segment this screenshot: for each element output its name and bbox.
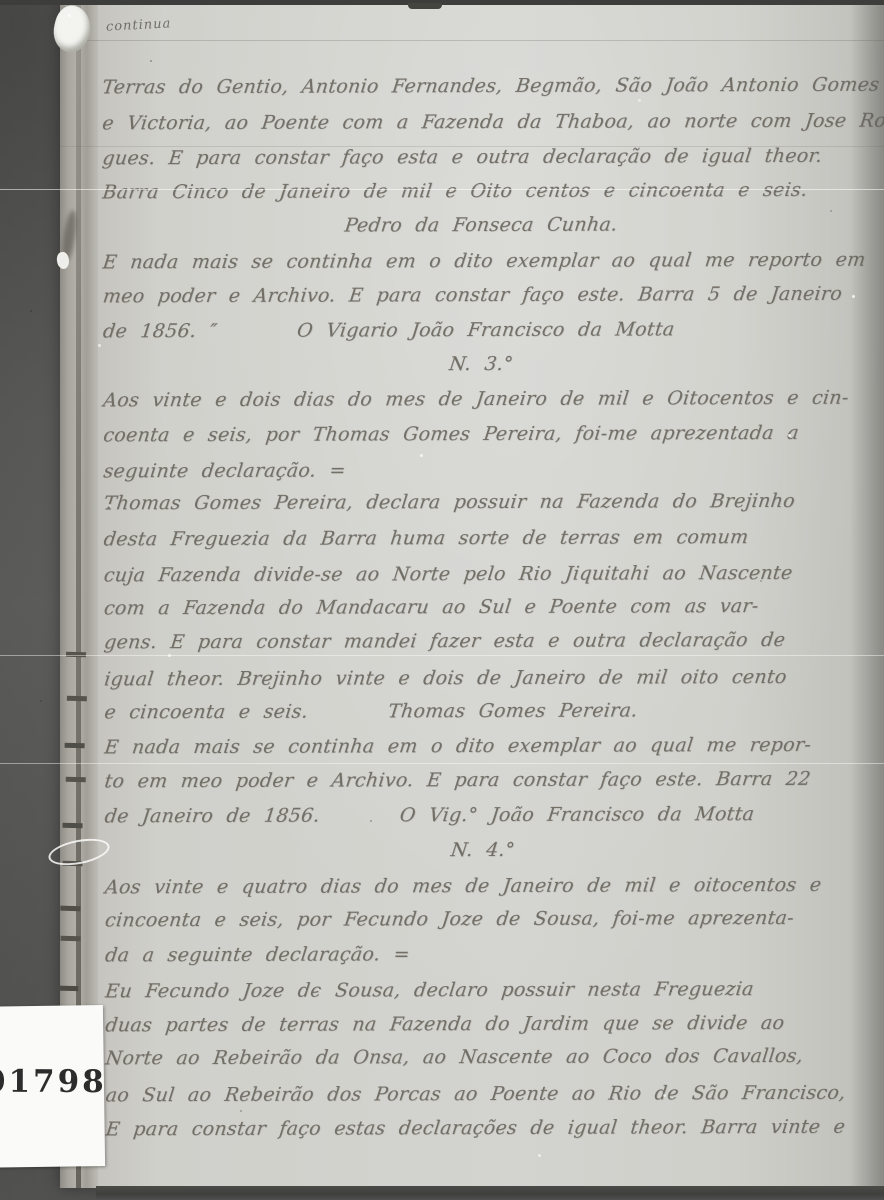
manuscript-line-text: de 1856. ″ O Vigario João Francisco da M… (101, 312, 677, 349)
manuscript-line-text: duas partes de terras na Fazenda do Jard… (103, 1006, 786, 1043)
manuscript-line-text: seguinte declaração. = (101, 453, 347, 489)
manuscript-line-text: de Janeiro de 1856. O Vig.° João Francis… (103, 797, 757, 834)
manuscript-line-text: E nada mais se continha em o dito exempl… (102, 728, 813, 765)
manuscript-line: cuja Fazenda divide-se ao Norte pelo Rio… (104, 555, 860, 592)
page-stamp-label: 01798 (0, 1005, 105, 1168)
manuscript-line: e cincoenta e seis. Thomas Gomes Pereira… (104, 693, 860, 730)
scratch-line (0, 189, 884, 190)
manuscript-line-text: Barra Cinco de Janeiro de mil e Oito cen… (100, 173, 809, 210)
manuscript-line-text: desta Freguezia da Barra huma sorte de t… (102, 520, 751, 557)
manuscript-line: seguinte declaração. = (103, 451, 859, 488)
manuscript-line-text: cincoenta e seis, por Fecundo Joze de So… (103, 900, 796, 937)
page-edge-notch (408, 3, 442, 9)
manuscript-line: de 1856. ″ O Vigario João Francisco da M… (103, 311, 859, 348)
manuscript-line-text: da a seguinte declaração. = (103, 937, 412, 973)
manuscript-line-text: to em meo poder e Archivo. E para consta… (103, 762, 813, 799)
corner-annotation: continua (106, 16, 172, 34)
manuscript-line: meo poder e Archivo. E para constar faço… (103, 277, 859, 314)
manuscript-line: N. 3.° (103, 345, 859, 382)
manuscript-line: de Janeiro de 1856. O Vig.° João Francis… (105, 797, 861, 834)
manuscript-line: Norte ao Rebeirão da Onsa, ao Nascente a… (106, 1039, 862, 1076)
manuscript-line: Aos vinte e quatro dias do mes de Janeir… (105, 867, 861, 904)
manuscript-line-text: Terras do Gentio, Antonio Fernandes, Beg… (100, 68, 881, 105)
manuscript-line: E nada mais se continha em o dito exempl… (104, 728, 860, 765)
page-edge-shadow-right (850, 4, 884, 1188)
manuscript-line-text: Aos vinte e dois dias do mes de Janeiro … (101, 381, 850, 418)
manuscript-line-text: ao Sul ao Rebeirão dos Porcas ao Poente … (104, 1076, 848, 1113)
scratch-line (0, 763, 884, 764)
manuscript-line: ao Sul ao Rebeirão dos Porcas ao Poente … (106, 1076, 862, 1113)
paper-crease (60, 40, 884, 41)
manuscript-line: desta Freguezia da Barra huma sorte de t… (104, 520, 860, 557)
manuscript-line-text: com a Fazenda do Mandacaru ao Sul e Poen… (102, 589, 761, 626)
manuscript-line-text: Aos vinte e quatro dias do mes de Janeir… (103, 868, 823, 905)
manuscript-line-text: N. 3.° (447, 346, 515, 381)
manuscript-line: cincoenta e seis, por Fecundo Joze de So… (105, 900, 861, 937)
manuscript-line: e Victoria, ao Poente com a Fazenda da T… (102, 103, 858, 140)
manuscript-line: Pedro da Fonseca Cunha. (103, 206, 859, 243)
manuscript-line: Barra Cinco de Janeiro de mil e Oito cen… (102, 173, 858, 210)
manuscript-line: Eu Fecundo Joze de Sousa, declaro possui… (105, 972, 861, 1009)
manuscript-line: E nada mais se continha em o dito exempl… (103, 243, 859, 280)
manuscript-line-text: E nada mais se continha em o dito exempl… (101, 243, 868, 280)
manuscript-line: coenta e seis, por Thomas Gomes Pereira,… (103, 416, 859, 453)
scratch-line (0, 655, 884, 656)
manuscript-line-text: igual theor. Brejinho vinte e dois de Ja… (102, 660, 789, 697)
manuscript-line: da a seguinte declaração. = (105, 936, 861, 973)
manuscript-line-text: meo poder e Archivo. E para constar faço… (101, 277, 844, 314)
manuscript-line-text: coenta e seis, por Thomas Gomes Pereira,… (101, 416, 801, 453)
paper-crease (60, 146, 884, 147)
manuscript-line: igual theor. Brejinho vinte e dois de Ja… (104, 659, 860, 696)
manuscript-line-text: Thomas Gomes Pereira, declara possuir na… (102, 484, 797, 521)
manuscript-line: N. 4.° (105, 832, 861, 869)
catalog-number-stamp: 01798 (0, 1064, 107, 1100)
manuscript-line-text: Eu Fecundo Joze de Sousa, declaro possui… (103, 972, 756, 1009)
manuscript-line: to em meo poder e Archivo. E para consta… (105, 761, 861, 798)
dust-specks (150, 60, 152, 62)
manuscript-line-text: gues. E para constar faço esta e outra d… (100, 139, 824, 176)
manuscript-line: gues. E para constar faço esta e outra d… (102, 139, 858, 176)
manuscript-line-text: E para constar faço estas declarações de… (104, 1109, 847, 1146)
manuscript-line: Aos vinte e dois dias do mes de Janeiro … (103, 381, 859, 418)
manuscript-line-text: N. 4.° (449, 833, 517, 868)
manuscript-line-text: e cincoenta e seis. Thomas Gomes Pereira… (102, 694, 639, 731)
dust-specks (68, 14, 71, 17)
manuscript-line-text: e Victoria, ao Poente com a Fazenda da T… (100, 103, 884, 141)
manuscript-text: Terras do Gentio, Antonio Fernandes, Beg… (102, 69, 862, 1147)
manuscript-line: Terras do Gentio, Antonio Fernandes, Beg… (102, 68, 858, 105)
manuscript-line-text: cuja Fazenda divide-se ao Norte pelo Rio… (102, 556, 795, 593)
manuscript-line: E para constar faço estas declarações de… (106, 1109, 862, 1146)
manuscript-line: com a Fazenda do Mandacaru ao Sul e Poen… (104, 589, 860, 626)
page-edge-shadow-bottom (96, 1186, 884, 1200)
page-edge-shadow-top (0, 0, 884, 5)
manuscript-line-text: Norte ao Rebeirão da Onsa, ao Nascente a… (104, 1039, 806, 1076)
manuscript-line-text: Pedro da Fonseca Cunha. (342, 207, 619, 243)
manuscript-line: Thomas Gomes Pereira, declara possuir na… (104, 484, 860, 521)
manuscript-line: duas partes de terras na Fazenda do Jard… (105, 1005, 861, 1042)
manuscript-page: continua Terras do Gentio, Antonio Ferna… (60, 4, 884, 1188)
